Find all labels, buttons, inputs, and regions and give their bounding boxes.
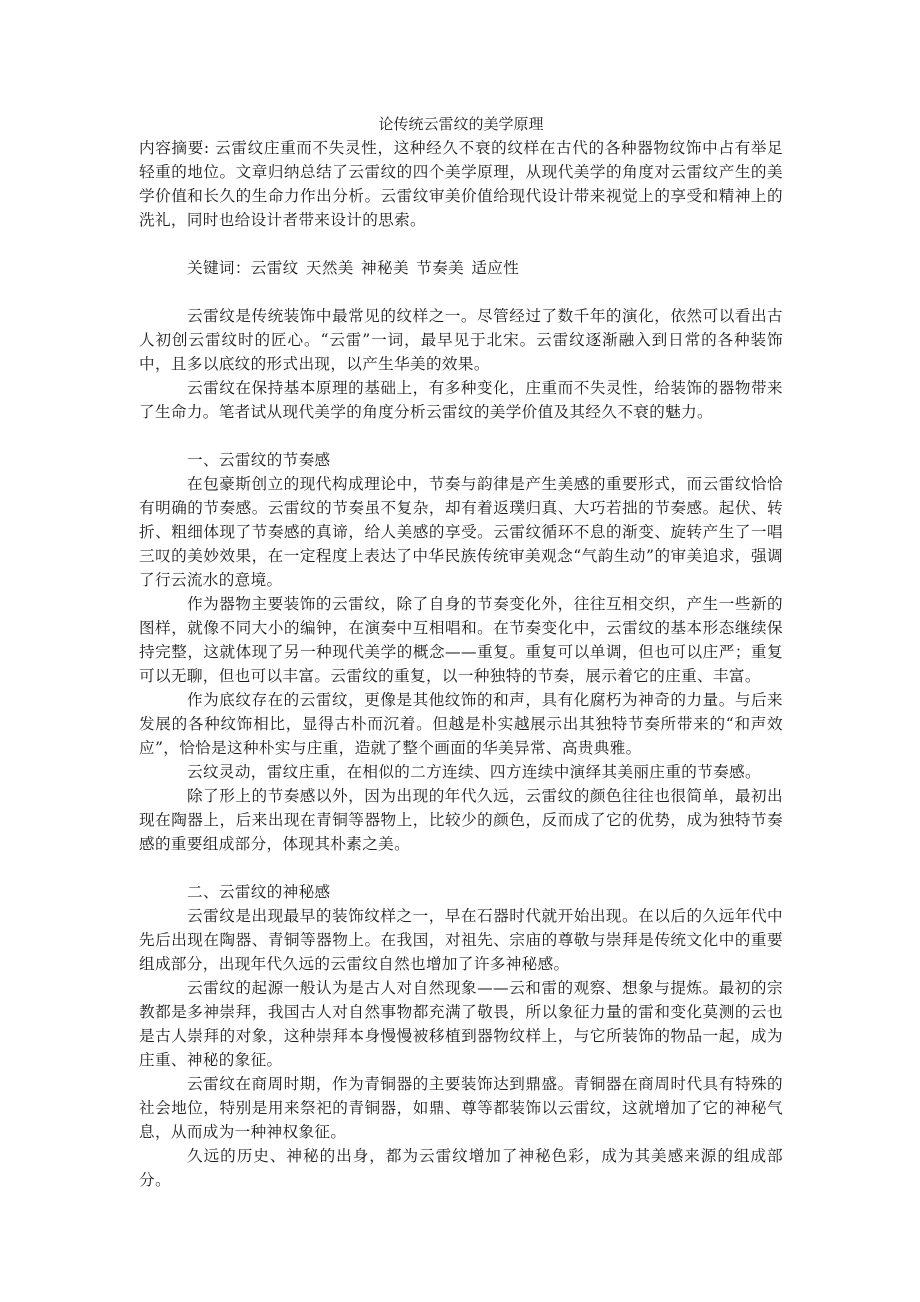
section-paragraph: 作为底纹存在的云雷纹，更像是其他纹饰的和声，具有化腐朽为神奇的力量。与后来发展的… xyxy=(139,688,783,760)
keywords: 关键词：云雷纹 天然美 神秘美 节奏美 适应性 xyxy=(139,256,783,280)
section-paragraph: 除了形上的节奏感以外，因为出现的年代久远，云雷纹的颜色往往也很简单，最初出现在陶… xyxy=(139,784,783,856)
spacer xyxy=(139,280,783,304)
section-paragraph: 云雷纹是出现最早的装饰纹样之一，早在石器时代就开始出现。在以后的久远年代中先后出… xyxy=(139,904,783,976)
intro-paragraph: 云雷纹在保持基本原理的基础上，有多种变化，庄重而不失灵性，给装饰的器物带来了生命… xyxy=(139,376,783,424)
section-paragraph: 作为器物主要装饰的云雷纹，除了自身的节奏变化外，往往互相交织，产生一些新的图样，… xyxy=(139,592,783,688)
abstract: 内容摘要: 云雷纹庄重而不失灵性，这种经久不衰的纹样在古代的各种器物纹饰中占有举… xyxy=(139,136,783,232)
section-paragraph: 在包豪斯创立的现代构成理论中，节奏与韵律是产生美感的重要形式，而云雷纹恰恰有明确… xyxy=(139,472,783,592)
intro-paragraph: 云雷纹是传统装饰中最常见的纹样之一。尽管经过了数千年的演化，依然可以看出古人初创… xyxy=(139,304,783,376)
document-page: 论传统云雷纹的美学原理 内容摘要: 云雷纹庄重而不失灵性，这种经久不衰的纹样在古… xyxy=(139,112,783,1192)
section-heading: 二、云雷纹的神秘感 xyxy=(139,880,783,904)
spacer xyxy=(139,424,783,448)
spacer xyxy=(139,232,783,256)
section-paragraph: 云雷纹的起源一般认为是古人对自然现象——云和雷的观察、想象与提炼。最初的宗教都是… xyxy=(139,976,783,1072)
document-title: 论传统云雷纹的美学原理 xyxy=(139,112,783,136)
section-heading: 一、云雷纹的节奏感 xyxy=(139,448,783,472)
spacer xyxy=(139,856,783,880)
section-paragraph: 云纹灵动，雷纹庄重，在相似的二方连续、四方连续中演绎其美丽庄重的节奏感。 xyxy=(139,760,783,784)
section-paragraph: 云雷纹在商周时期，作为青铜器的主要装饰达到鼎盛。青铜器在商周时代具有特殊的社会地… xyxy=(139,1072,783,1144)
section-paragraph: 久远的历史、神秘的出身，都为云雷纹增加了神秘色彩，成为其美感来源的组成部分。 xyxy=(139,1144,783,1192)
